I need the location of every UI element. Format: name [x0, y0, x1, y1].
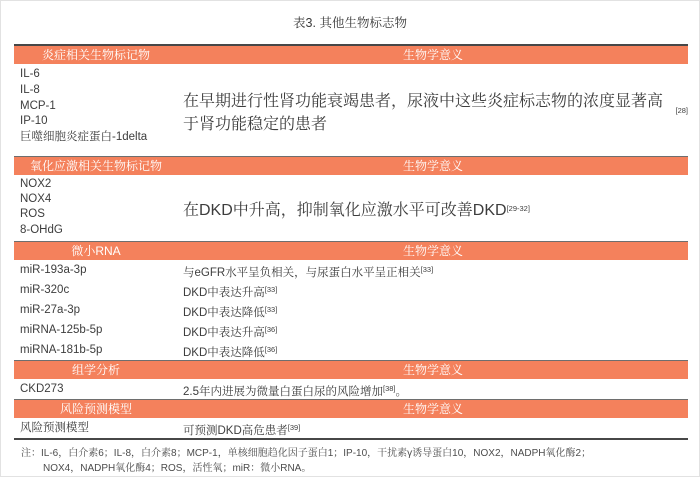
biomarker-name: IL-8 [20, 83, 178, 99]
significance-cell: DKD中表达降低[33] [178, 300, 688, 320]
table-row: 风险预测模型可预测DKD高危患者[39] [14, 418, 688, 438]
biomarker-name: IL-6 [20, 67, 178, 83]
footnote-line1: 注：IL-6，白介素6；IL-8，白介素8；MCP-1，单核细胞趋化因子蛋白1；… [14, 447, 686, 462]
biomarker-name: MCP-1 [20, 99, 178, 115]
biomarker-name: IP-10 [20, 114, 178, 130]
section-header-right-label: 生物学意义 [178, 242, 688, 260]
significance-cell: DKD中表达升高[36] [178, 320, 688, 340]
citation-ref: [36] [265, 345, 278, 354]
section-body: NOX2NOX4ROS8-OHdG在DKD中升高，抑制氧化应激水平可改善DKD[… [14, 175, 688, 241]
citation-ref: [28] [675, 106, 688, 115]
section-header-right-label: 生物学意义 [178, 157, 688, 175]
biomarker-name: CKD273 [14, 379, 178, 399]
citation-ref: [33] [421, 265, 434, 274]
biomarker-name: NOX4 [20, 192, 178, 207]
section-header-left-label: 微小RNA [14, 242, 178, 260]
significance-text: 在早期进行性肾功能衰竭患者，尿液中这些炎症标志物的浓度显著高于肾功能稳定的患者 [183, 88, 675, 134]
citation-ref: [39] [288, 423, 301, 432]
significance-text: 可预测DKD高危患者 [183, 425, 288, 437]
biomarker-name: miR-320c [14, 280, 178, 300]
table-row: miR-320cDKD中表达升高[33] [14, 280, 688, 300]
citation-ref: [33] [265, 305, 278, 314]
table-title: 表3. 其他生物标志物 [1, 1, 699, 31]
citation-ref: [29-32] [507, 204, 530, 213]
section-header-right-label: 生物学意义 [178, 400, 688, 418]
section-header-left-label: 氧化应激相关生物标记物 [14, 157, 178, 175]
table-row: miRNA-125b-5pDKD中表达升高[36] [14, 320, 688, 340]
significance-text: DKD中表达升高 [183, 287, 265, 299]
section-header-inflammation: 炎症相关生物标记物生物学意义 [14, 44, 688, 64]
section-inflammation: 炎症相关生物标记物生物学意义IL-6IL-8MCP-1IP-10巨噬细胞炎症蛋白… [14, 44, 688, 156]
significance-text: 2.5年内进展为微量白蛋白尿的风险增加 [183, 386, 383, 398]
section-header-right-label: 生物学意义 [178, 46, 688, 64]
significance-text: 与eGFR水平呈负相关，与尿蛋白水平呈正相关 [183, 267, 421, 279]
biomarker-name: 8-OHdG [20, 223, 178, 238]
significance-cell: 2.5年内进展为微量白蛋白尿的风险增加[38]。 [178, 379, 688, 399]
section-body: IL-6IL-8MCP-1IP-10巨噬细胞炎症蛋白-1delta在早期进行性肾… [14, 64, 688, 156]
biomarker-name: miR-27a-3p [14, 300, 178, 320]
footnote-line2: NOX4，NADPH氧化酶4；ROS，活性氧；miR：微小RNA。 [14, 462, 686, 477]
citation-ref: [38] [383, 384, 396, 393]
table-row: miRNA-181b-5pDKD中表达降低[36] [14, 340, 688, 360]
significance-text: DKD中表达升高 [183, 327, 265, 339]
footnote: 注：IL-6，白介素6；IL-8，白介素8；MCP-1，单核细胞趋化因子蛋白1；… [14, 447, 686, 476]
section-header-right-label: 生物学意义 [178, 361, 688, 379]
table-row: miR-193a-3p与eGFR水平呈负相关，与尿蛋白水平呈正相关[33] [14, 260, 688, 280]
citation-ref: [36] [265, 325, 278, 334]
significance-cell: 可预测DKD高危患者[39] [178, 418, 688, 438]
biomarker-list: NOX2NOX4ROS8-OHdG [14, 177, 178, 239]
biomarker-table: 炎症相关生物标记物生物学意义IL-6IL-8MCP-1IP-10巨噬细胞炎症蛋白… [14, 44, 688, 440]
citation-ref: [33] [265, 285, 278, 294]
section-oxidative: 氧化应激相关生物标记物生物学意义NOX2NOX4ROS8-OHdG在DKD中升高… [14, 156, 688, 241]
significance-text: DKD中表达降低 [183, 307, 265, 319]
section-header-left-label: 组学分析 [14, 361, 178, 379]
biomarker-list: IL-6IL-8MCP-1IP-10巨噬细胞炎症蛋白-1delta [14, 67, 178, 154]
biomarker-name: ROS [20, 207, 178, 222]
significance-text: 在DKD中升高，抑制氧化应激水平可改善DKD [183, 197, 507, 220]
significance-suffix: 。 [396, 386, 408, 398]
section-header-left-label: 炎症相关生物标记物 [14, 46, 178, 64]
significance-cell: DKD中表达降低[36] [178, 340, 688, 360]
section-microrna: 微小RNA生物学意义miR-193a-3p与eGFR水平呈负相关，与尿蛋白水平呈… [14, 241, 688, 360]
biomarker-name: NOX2 [20, 177, 178, 192]
significance-text: DKD中表达降低 [183, 347, 265, 359]
biomarker-name: 风险预测模型 [14, 418, 178, 438]
significance-cell: 在早期进行性肾功能衰竭患者，尿液中这些炎症标志物的浓度显著高于肾功能稳定的患者[… [178, 67, 688, 154]
significance-cell: 与eGFR水平呈负相关，与尿蛋白水平呈正相关[33] [178, 260, 688, 280]
section-omics: 组学分析生物学意义CKD2732.5年内进展为微量白蛋白尿的风险增加[38]。 [14, 360, 688, 399]
significance-cell: DKD中表达升高[33] [178, 280, 688, 300]
section-header-risk: 风险预测模型生物学意义 [14, 399, 688, 418]
section-header-microrna: 微小RNA生物学意义 [14, 241, 688, 260]
section-header-oxidative: 氧化应激相关生物标记物生物学意义 [14, 156, 688, 175]
section-risk: 风险预测模型生物学意义风险预测模型可预测DKD高危患者[39] [14, 399, 688, 438]
table-row: CKD2732.5年内进展为微量白蛋白尿的风险增加[38]。 [14, 379, 688, 399]
table-row: miR-27a-3pDKD中表达降低[33] [14, 300, 688, 320]
page: 表3. 其他生物标志物 炎症相关生物标记物生物学意义IL-6IL-8MCP-1I… [0, 0, 700, 477]
biomarker-name: miRNA-125b-5p [14, 320, 178, 340]
biomarker-name: miRNA-181b-5p [14, 340, 178, 360]
section-header-left-label: 风险预测模型 [14, 400, 178, 418]
biomarker-name: 巨噬细胞炎症蛋白-1delta [20, 130, 178, 146]
significance-cell: 在DKD中升高，抑制氧化应激水平可改善DKD[29-32] [178, 177, 688, 239]
section-header-omics: 组学分析生物学意义 [14, 360, 688, 379]
biomarker-name: miR-193a-3p [14, 260, 178, 280]
